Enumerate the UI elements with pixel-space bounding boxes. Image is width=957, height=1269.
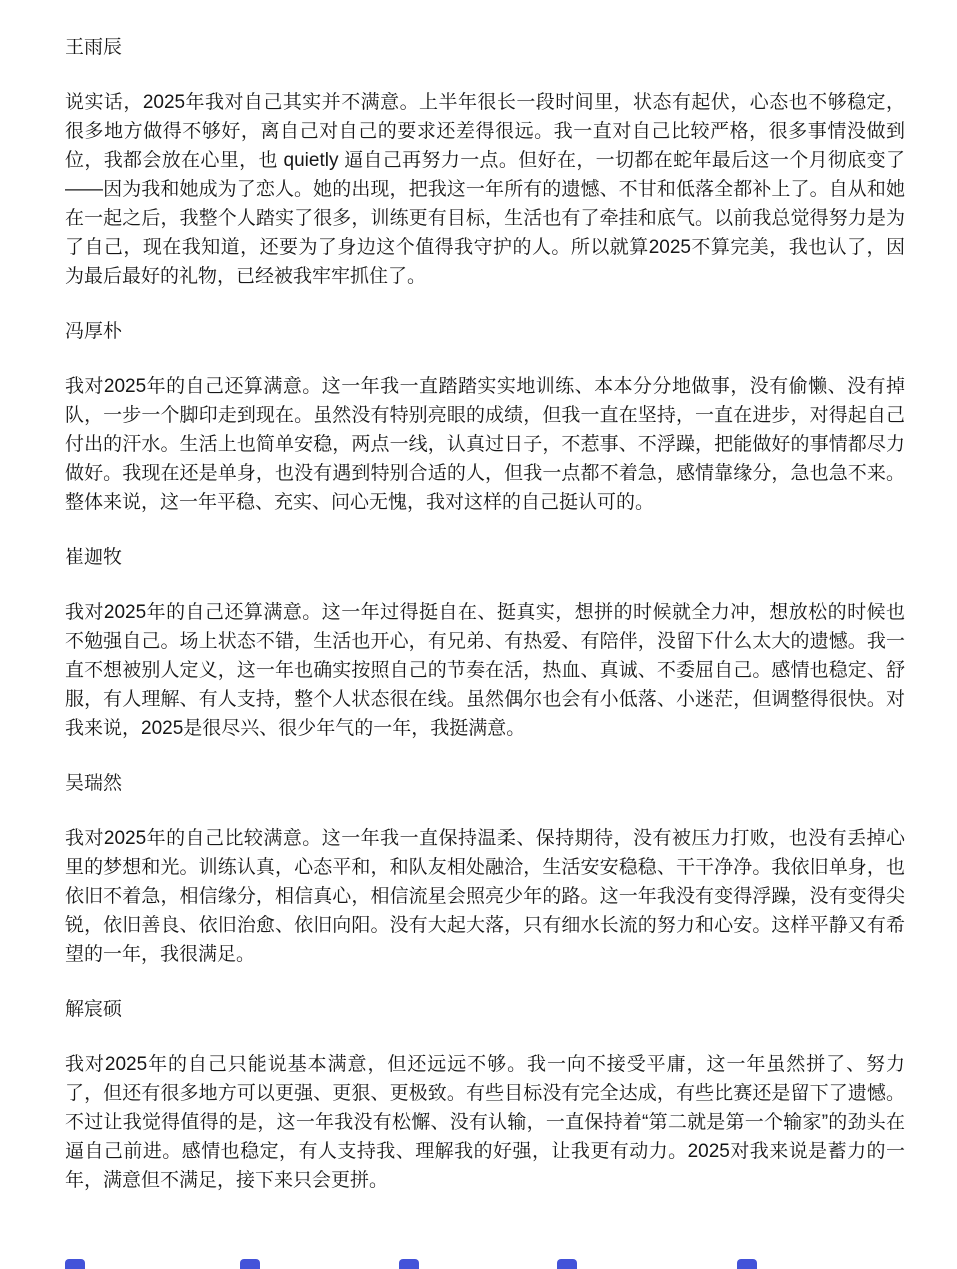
person-name: 崔迦牧 [65,543,905,572]
person-name: 吴瑞然 [65,769,905,798]
section-entry: 崔迦牧 我对2025年的自己还算满意。这一年过得挺自在、挺真实，想拼的时候就全力… [65,543,905,743]
bottom-clipped-row [0,1259,957,1269]
person-name: 解宸硕 [65,995,905,1024]
section-entry: 冯厚朴 我对2025年的自己还算满意。这一年我一直踏踏实实地训练、本本分分地做事… [65,317,905,517]
clipped-blue-item[interactable] [737,1259,757,1269]
section-entry: 吴瑞然 我对2025年的自己比较满意。这一年我一直保持温柔、保持期待，没有被压力… [65,769,905,969]
clipped-blue-item[interactable] [557,1259,577,1269]
section-entry: 解宸硕 我对2025年的自己只能说基本满意，但还远远不够。我一向不接受平庸，这一… [65,995,905,1195]
person-statement: 我对2025年的自己还算满意。这一年过得挺自在、挺真实，想拼的时候就全力冲，想放… [65,598,905,743]
clipped-blue-item[interactable] [65,1259,85,1269]
person-statement: 我对2025年的自己比较满意。这一年我一直保持温柔、保持期待，没有被压力打败，也… [65,824,905,969]
clipped-blue-item[interactable] [399,1259,419,1269]
document: 王雨辰 说实话，2025年我对自己其实并不满意。上半年很长一段时间里，状态有起伏… [0,0,957,1195]
person-statement: 说实话，2025年我对自己其实并不满意。上半年很长一段时间里，状态有起伏，心态也… [65,88,905,291]
section-entry: 王雨辰 说实话，2025年我对自己其实并不满意。上半年很长一段时间里，状态有起伏… [65,33,905,291]
person-name: 王雨辰 [65,33,905,62]
person-name: 冯厚朴 [65,317,905,346]
person-statement: 我对2025年的自己还算满意。这一年我一直踏踏实实地训练、本本分分地做事，没有偷… [65,372,905,517]
person-statement: 我对2025年的自己只能说基本满意，但还远远不够。我一向不接受平庸，这一年虽然拼… [65,1050,905,1195]
clipped-blue-item[interactable] [240,1259,260,1269]
